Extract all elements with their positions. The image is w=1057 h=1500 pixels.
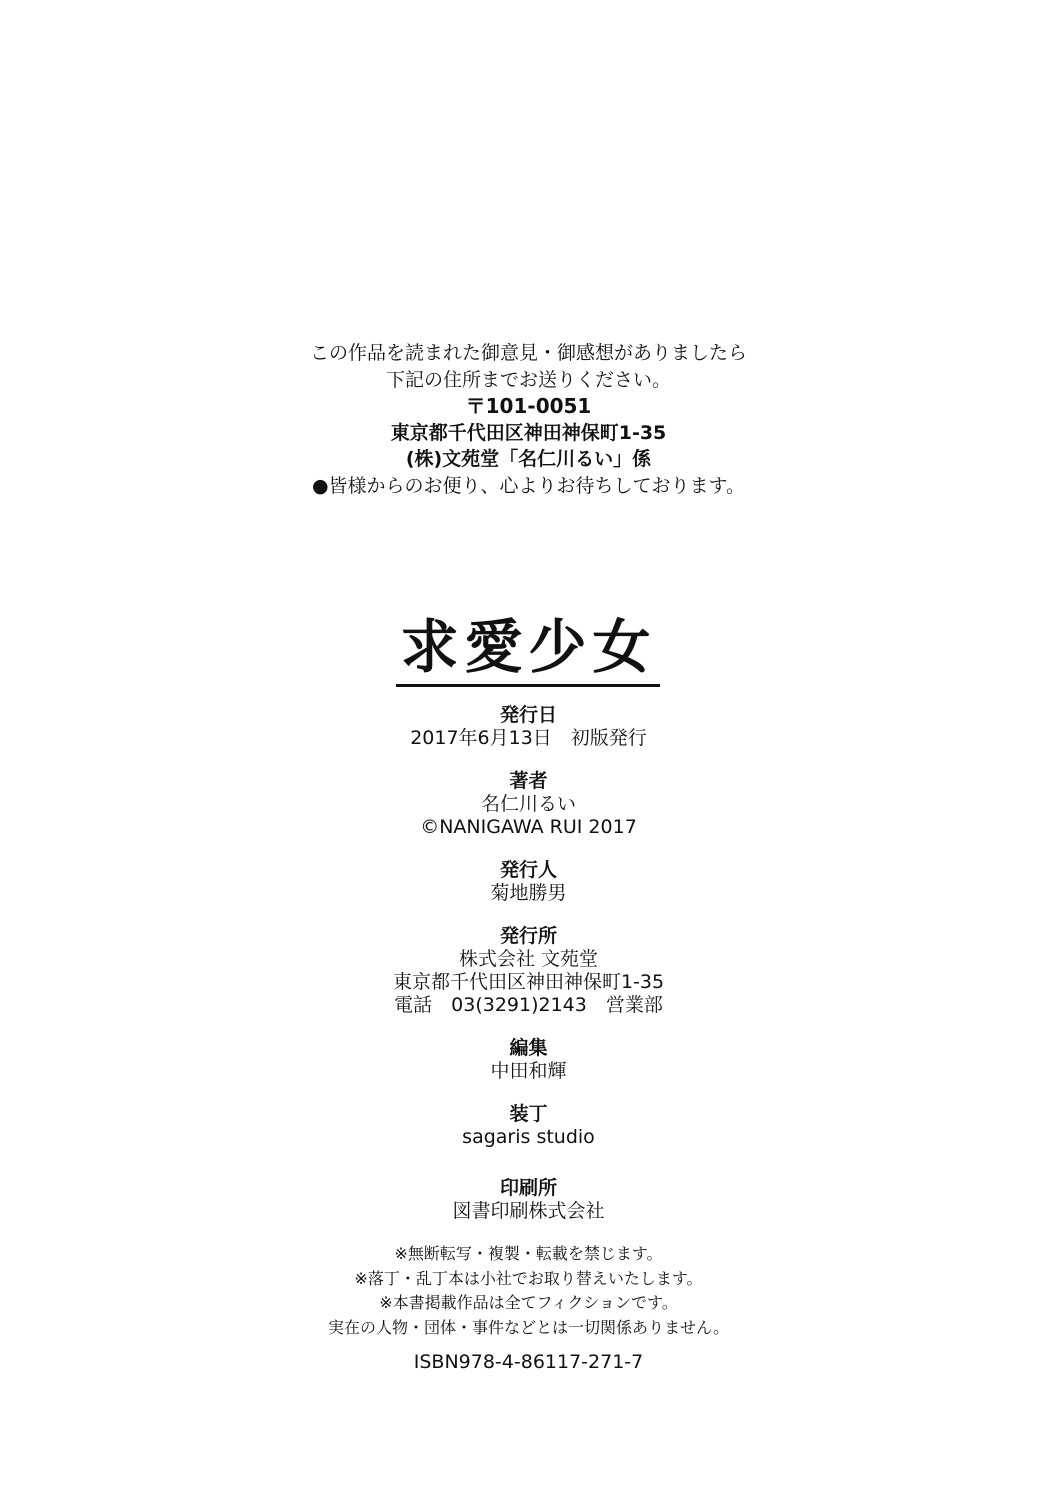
- section-value: 中田和輝: [0, 1060, 1057, 1083]
- section-value: 名仁川るい: [0, 793, 1057, 816]
- publisher-address: 東京都千代田区神田神保町1-35: [0, 971, 1057, 994]
- colophon-author: 著者 名仁川るい ©NANIGAWA RUI 2017: [0, 770, 1057, 839]
- colophon-editor: 編集 中田和輝: [0, 1037, 1057, 1083]
- section-value: 図書印刷株式会社: [0, 1200, 1057, 1223]
- section-value: 株式会社 文苑堂: [0, 948, 1057, 971]
- section-value: 菊地勝男: [0, 882, 1057, 905]
- section-heading: 発行所: [0, 925, 1057, 948]
- reader-feedback-notice: この作品を読まれた御意見・御感想がありましたら 下記の住所までお送りください。 …: [0, 340, 1057, 499]
- publisher-phone: 電話 03(3291)2143 営業部: [0, 994, 1057, 1017]
- colophon: 発行日 2017年6月13日 初版発行 著者 名仁川るい ©NANIGAWA R…: [0, 704, 1057, 1243]
- section-heading: 発行日: [0, 704, 1057, 727]
- colophon-publication-date: 発行日 2017年6月13日 初版発行: [0, 704, 1057, 750]
- notice-line: この作品を読まれた御意見・御感想がありましたら: [0, 340, 1057, 367]
- section-heading: 印刷所: [0, 1177, 1057, 1200]
- legal-line: ※無断転写・複製・転載を禁じます。: [0, 1242, 1057, 1267]
- title-divider: [396, 684, 660, 687]
- legal-line: 実在の人物・団体・事件などとは一切関係ありません。: [0, 1316, 1057, 1341]
- section-value: 2017年6月13日 初版発行: [0, 727, 1057, 750]
- copyright-notice: ©NANIGAWA RUI 2017: [0, 816, 1057, 839]
- mailing-recipient: (株)文苑堂「名仁川るい」係: [0, 446, 1057, 473]
- book-title: 求愛少女: [0, 612, 1057, 682]
- section-heading: 発行人: [0, 859, 1057, 882]
- section-value: sagaris studio: [0, 1126, 1057, 1149]
- section-heading: 編集: [0, 1037, 1057, 1060]
- colophon-publisher: 発行所 株式会社 文苑堂 東京都千代田区神田神保町1-35 電話 03(3291…: [0, 925, 1057, 1017]
- postal-code: 〒101-0051: [0, 393, 1057, 420]
- mailing-address: 東京都千代田区神田神保町1-35: [0, 420, 1057, 447]
- section-heading: 装丁: [0, 1103, 1057, 1126]
- colophon-design: 装丁 sagaris studio: [0, 1103, 1057, 1149]
- isbn-number: ISBN978-4-86117-271-7: [0, 1351, 1057, 1373]
- notice-line: 下記の住所までお送りください。: [0, 367, 1057, 394]
- colophon-publisher-person: 発行人 菊地勝男: [0, 859, 1057, 905]
- notice-line: ●皆様からのお便り、心よりお待ちしております。: [0, 473, 1057, 500]
- section-heading: 著者: [0, 770, 1057, 793]
- legal-line: ※本書掲載作品は全てフィクションです。: [0, 1291, 1057, 1316]
- legal-line: ※落丁・乱丁本は小社でお取り替えいたします。: [0, 1267, 1057, 1292]
- legal-notices: ※無断転写・複製・転載を禁じます。 ※落丁・乱丁本は小社でお取り替えいたします。…: [0, 1242, 1057, 1340]
- colophon-printer: 印刷所 図書印刷株式会社: [0, 1177, 1057, 1223]
